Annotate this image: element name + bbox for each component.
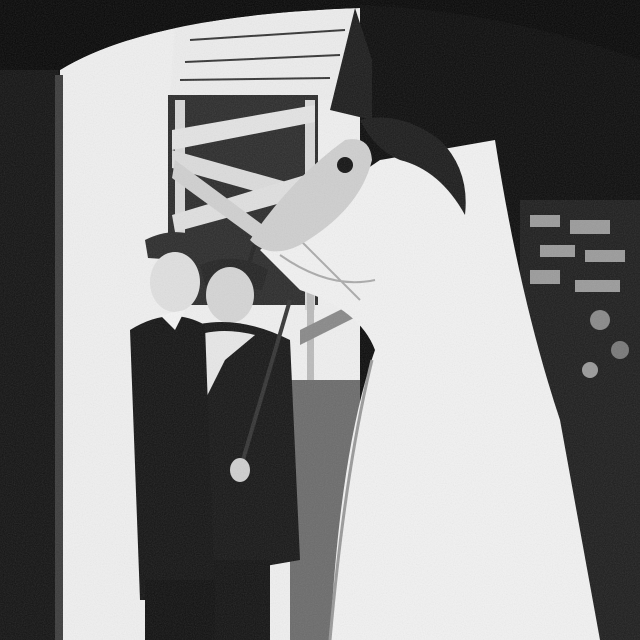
photograph: [0, 0, 640, 640]
photo-scene: [0, 0, 640, 640]
